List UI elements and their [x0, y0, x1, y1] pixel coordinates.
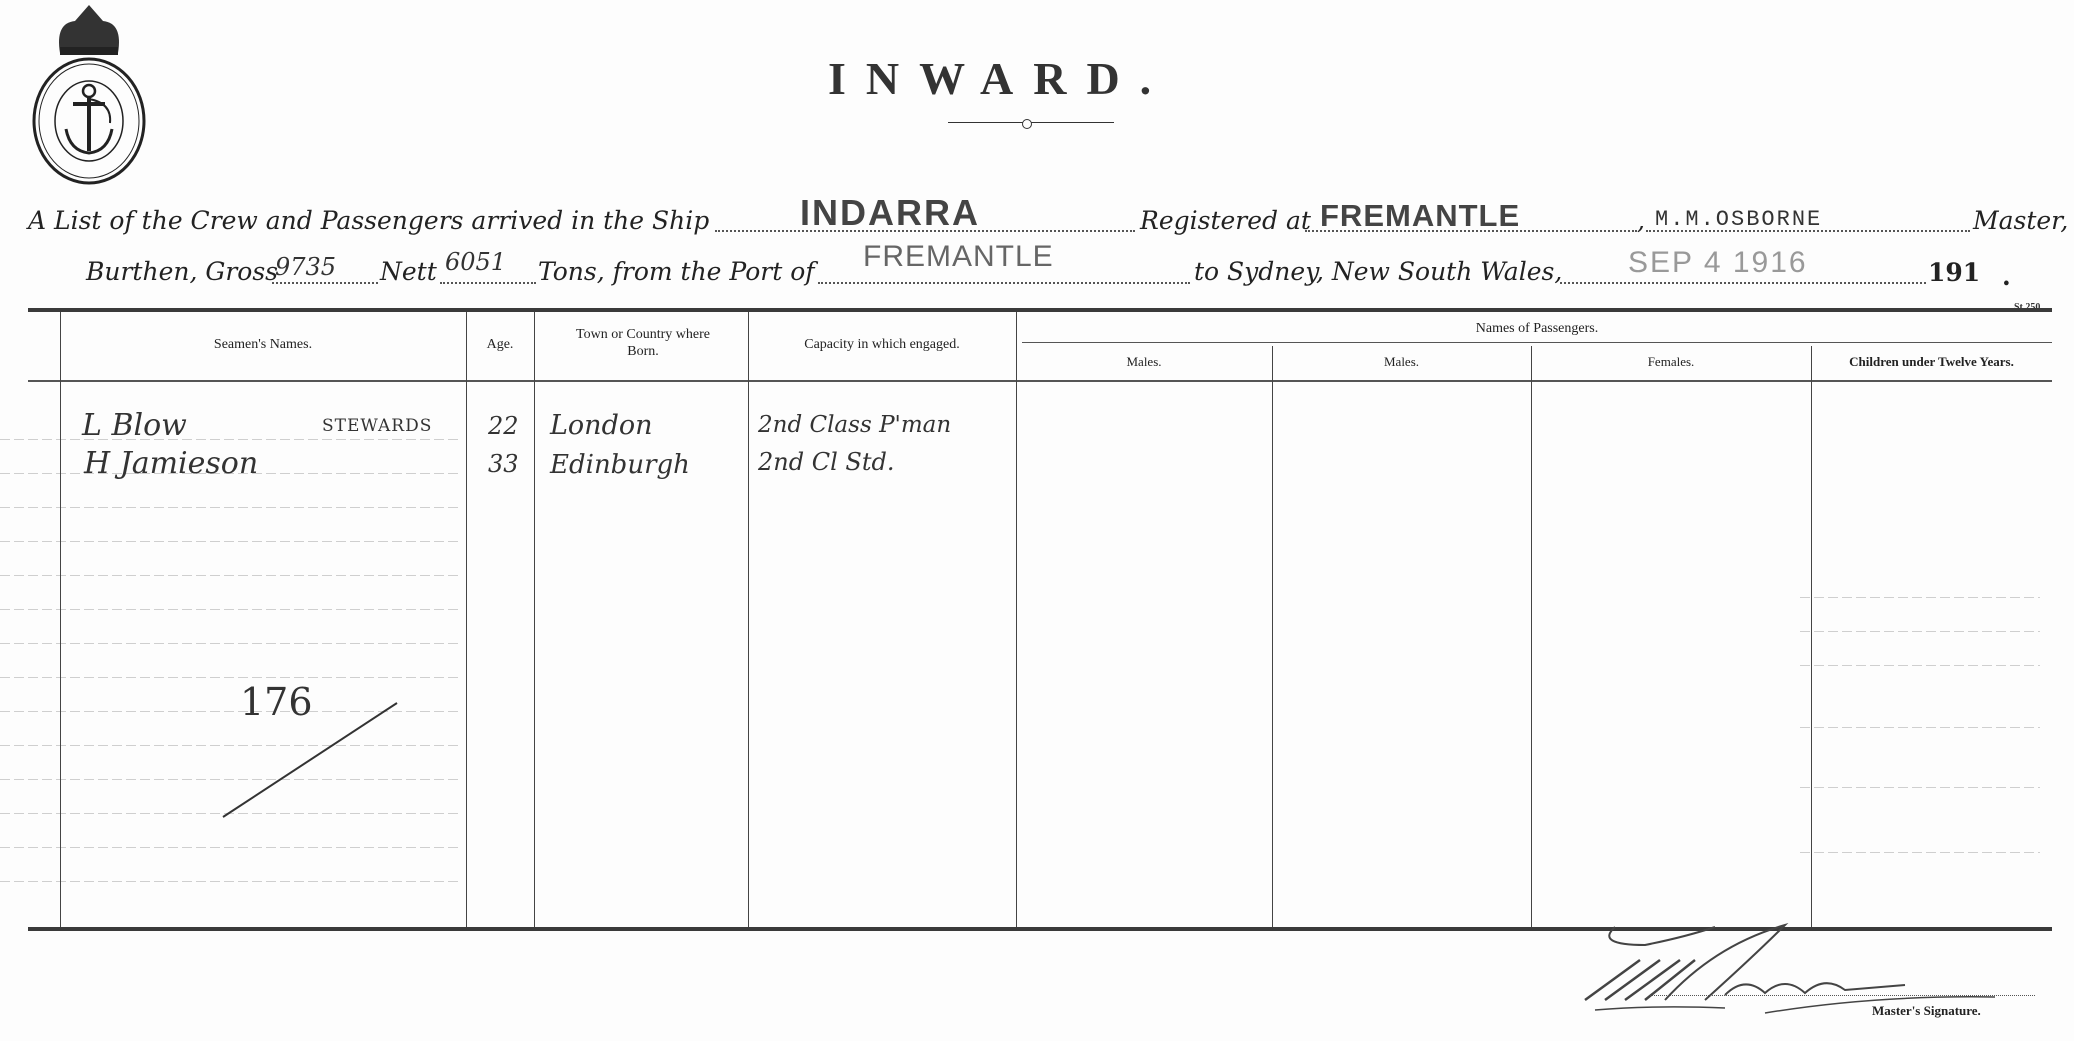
seaman-age: 33 — [488, 450, 519, 478]
col-rule-males-2 — [1272, 346, 1273, 927]
destination-label: to Sydney, New South Wales, — [1194, 257, 1562, 286]
col-header-males-2: Males. — [1272, 353, 1531, 370]
ship-name-stamp: INDARRA — [800, 192, 980, 234]
year-prefix: 191 — [1928, 258, 1980, 287]
col-rule-born — [534, 312, 535, 927]
date-stamp: SEP 4 1916 — [1628, 246, 1808, 280]
master-signature-icon — [1575, 915, 1995, 1015]
col-rule-left — [60, 312, 61, 927]
signature-line — [1650, 995, 2035, 996]
seaman-name: H Jamieson — [84, 446, 258, 481]
from-port-field-line — [818, 282, 1190, 284]
col-rule-capacity — [748, 312, 749, 927]
col-header-females: Females. — [1531, 353, 1811, 370]
seaman-name: L Blow — [82, 408, 187, 443]
col-header-passengers-group: Names of Passengers. — [1022, 320, 2052, 337]
comma: , — [1637, 206, 1645, 235]
form-lead-text: A List of the Crew and Passengers arrive… — [28, 206, 709, 235]
seaman-capacity: 2nd Class P'man — [758, 412, 951, 438]
table-top-rule — [28, 308, 2052, 312]
registered-port-stamp: FREMANTLE — [1320, 198, 1520, 234]
seaman-age: 22 — [488, 412, 519, 440]
nett-tons-handwritten: 6051 — [445, 248, 506, 276]
seaman-capacity: 2nd Cl Std. — [758, 448, 894, 476]
col-header-males-1: Males. — [1016, 353, 1272, 370]
master-label: Master, — [1973, 206, 2068, 235]
col-header-seamen-names: Seamen's Names. — [60, 336, 466, 353]
shipping-masters-seal — [30, 3, 148, 185]
col-header-born: Town or Country where Born. — [560, 326, 726, 360]
diagonal-slash-mark — [215, 695, 405, 825]
registered-label: Registered at — [1140, 206, 1311, 235]
col-rule-age — [466, 312, 467, 927]
from-port-stamp: FREMANTLE — [863, 240, 1054, 274]
header-bottom-rule — [28, 380, 2052, 382]
col-rule-females — [1531, 346, 1532, 927]
seaman-note: STEWARDS — [322, 416, 432, 436]
nett-label: Nett — [380, 257, 437, 286]
nett-tons-field-line — [440, 282, 536, 284]
title-ornament-icon — [1022, 119, 1032, 129]
seaman-birthplace: Edinburgh — [550, 450, 690, 480]
page-title: INWARD. — [828, 52, 1171, 105]
gross-tons-handwritten: 9735 — [275, 253, 336, 281]
burthen-label: Burthen, Gross — [86, 257, 278, 286]
col-header-capacity: Capacity in which engaged. — [748, 336, 1016, 353]
seaman-birthplace: London — [550, 410, 653, 441]
master-name-typed: M.M.OSBORNE — [1655, 207, 1822, 232]
col-rule-passengers — [1016, 312, 1017, 927]
col-header-children: Children under Twelve Years. — [1811, 353, 2052, 370]
col-rule-children — [1811, 346, 1812, 927]
master-signature-label: Master's Signature. — [1872, 1002, 1981, 1019]
year-period: . — [2002, 262, 2011, 291]
date-field-line — [1560, 282, 1926, 284]
gross-tons-field-line — [272, 282, 378, 284]
passengers-group-rule — [1022, 342, 2052, 343]
crown-anchor-seal-icon — [30, 3, 148, 185]
tons-from-port-label: Tons, from the Port of — [538, 257, 815, 286]
col-header-age: Age. — [466, 336, 534, 353]
